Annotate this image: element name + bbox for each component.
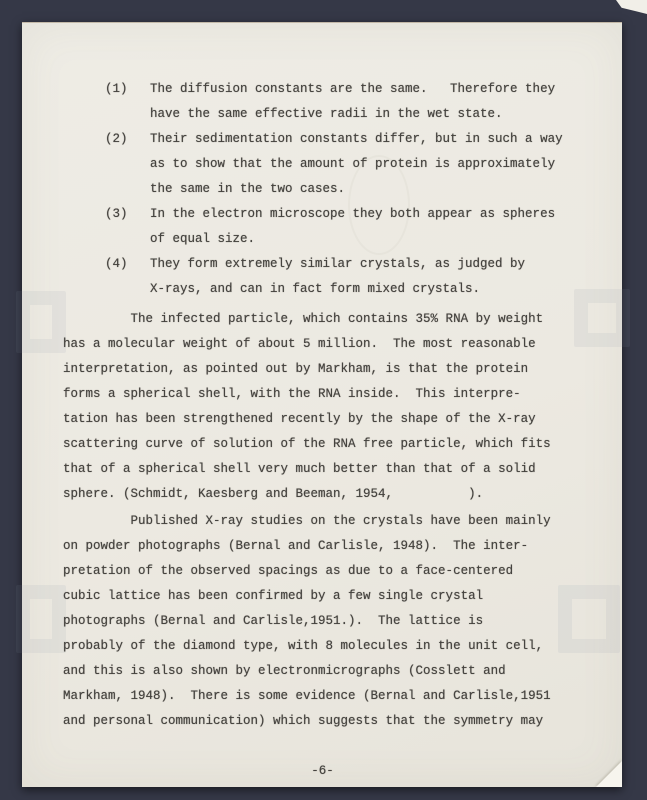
typed-line: and personal communication) which sugges… <box>63 709 582 734</box>
typed-line: Published X-ray studies on the crystals … <box>63 509 582 534</box>
typed-line: interpretation, as pointed out by Markha… <box>63 357 582 382</box>
typed-line: sphere. (Schmidt, Kaesberg and Beeman, 1… <box>63 482 582 507</box>
typed-line: as to show that the amount of protein is… <box>150 152 582 177</box>
typed-line: cubic lattice has been confirmed by a fe… <box>63 584 582 609</box>
typed-line: They form extremely similar crystals, as… <box>150 252 582 277</box>
scan-background: (1)The diffusion constants are the same.… <box>0 0 647 800</box>
paragraph-1: The infected particle, which contains 35… <box>63 307 582 507</box>
numbered-list: (1)The diffusion constants are the same.… <box>63 77 582 302</box>
page-number: -6- <box>63 759 582 784</box>
folded-corner <box>596 761 622 787</box>
typed-line: photographs (Bernal and Carlisle,1951.).… <box>63 609 582 634</box>
list-item-number: (3) <box>105 202 128 227</box>
embossed-seal-right-upper <box>574 289 630 347</box>
typed-line: Markham, 1948). There is some evidence (… <box>63 684 582 709</box>
typed-line: In the electron microscope they both app… <box>150 202 582 227</box>
typed-line: of equal size. <box>150 227 582 252</box>
typed-line: Their sedimentation constants differ, bu… <box>150 127 582 152</box>
list-item-number: (2) <box>105 127 128 152</box>
embossed-seal-left-lower <box>16 585 66 653</box>
typed-line: The infected particle, which contains 35… <box>63 307 582 332</box>
typed-line: X-rays, and can in fact form mixed cryst… <box>150 277 582 302</box>
typed-line: probably of the diamond type, with 8 mol… <box>63 634 582 659</box>
paragraph-2: Published X-ray studies on the crystals … <box>63 509 582 734</box>
list-item: (1)The diffusion constants are the same.… <box>63 77 582 127</box>
list-item: (2)Their sedimentation constants differ,… <box>63 127 582 202</box>
list-item-number: (1) <box>105 77 128 102</box>
embossed-seal-left-upper <box>16 291 66 353</box>
typed-line: tation has been strengthened recently by… <box>63 407 582 432</box>
typed-line: The diffusion constants are the same. Th… <box>150 77 582 102</box>
typed-line: has a molecular weight of about 5 millio… <box>63 332 582 357</box>
typed-line: pretation of the observed spacings as du… <box>63 559 582 584</box>
list-item: (3)In the electron microscope they both … <box>63 202 582 252</box>
typed-line: scattering curve of solution of the RNA … <box>63 432 582 457</box>
typewritten-text: (1)The diffusion constants are the same.… <box>63 77 582 784</box>
typed-line: and this is also shown by electronmicrog… <box>63 659 582 684</box>
list-item: (4)They form extremely similar crystals,… <box>63 252 582 302</box>
typed-line: forms a spherical shell, with the RNA in… <box>63 382 582 407</box>
document-page: (1)The diffusion constants are the same.… <box>22 22 622 787</box>
typed-line: have the same effective radii in the wet… <box>150 102 582 127</box>
typed-line: the same in the two cases. <box>150 177 582 202</box>
typed-line: on powder photographs (Bernal and Carlis… <box>63 534 582 559</box>
list-item-number: (4) <box>105 252 128 277</box>
typed-line: that of a spherical shell very much bett… <box>63 457 582 482</box>
background-sheet-corner <box>616 0 647 14</box>
